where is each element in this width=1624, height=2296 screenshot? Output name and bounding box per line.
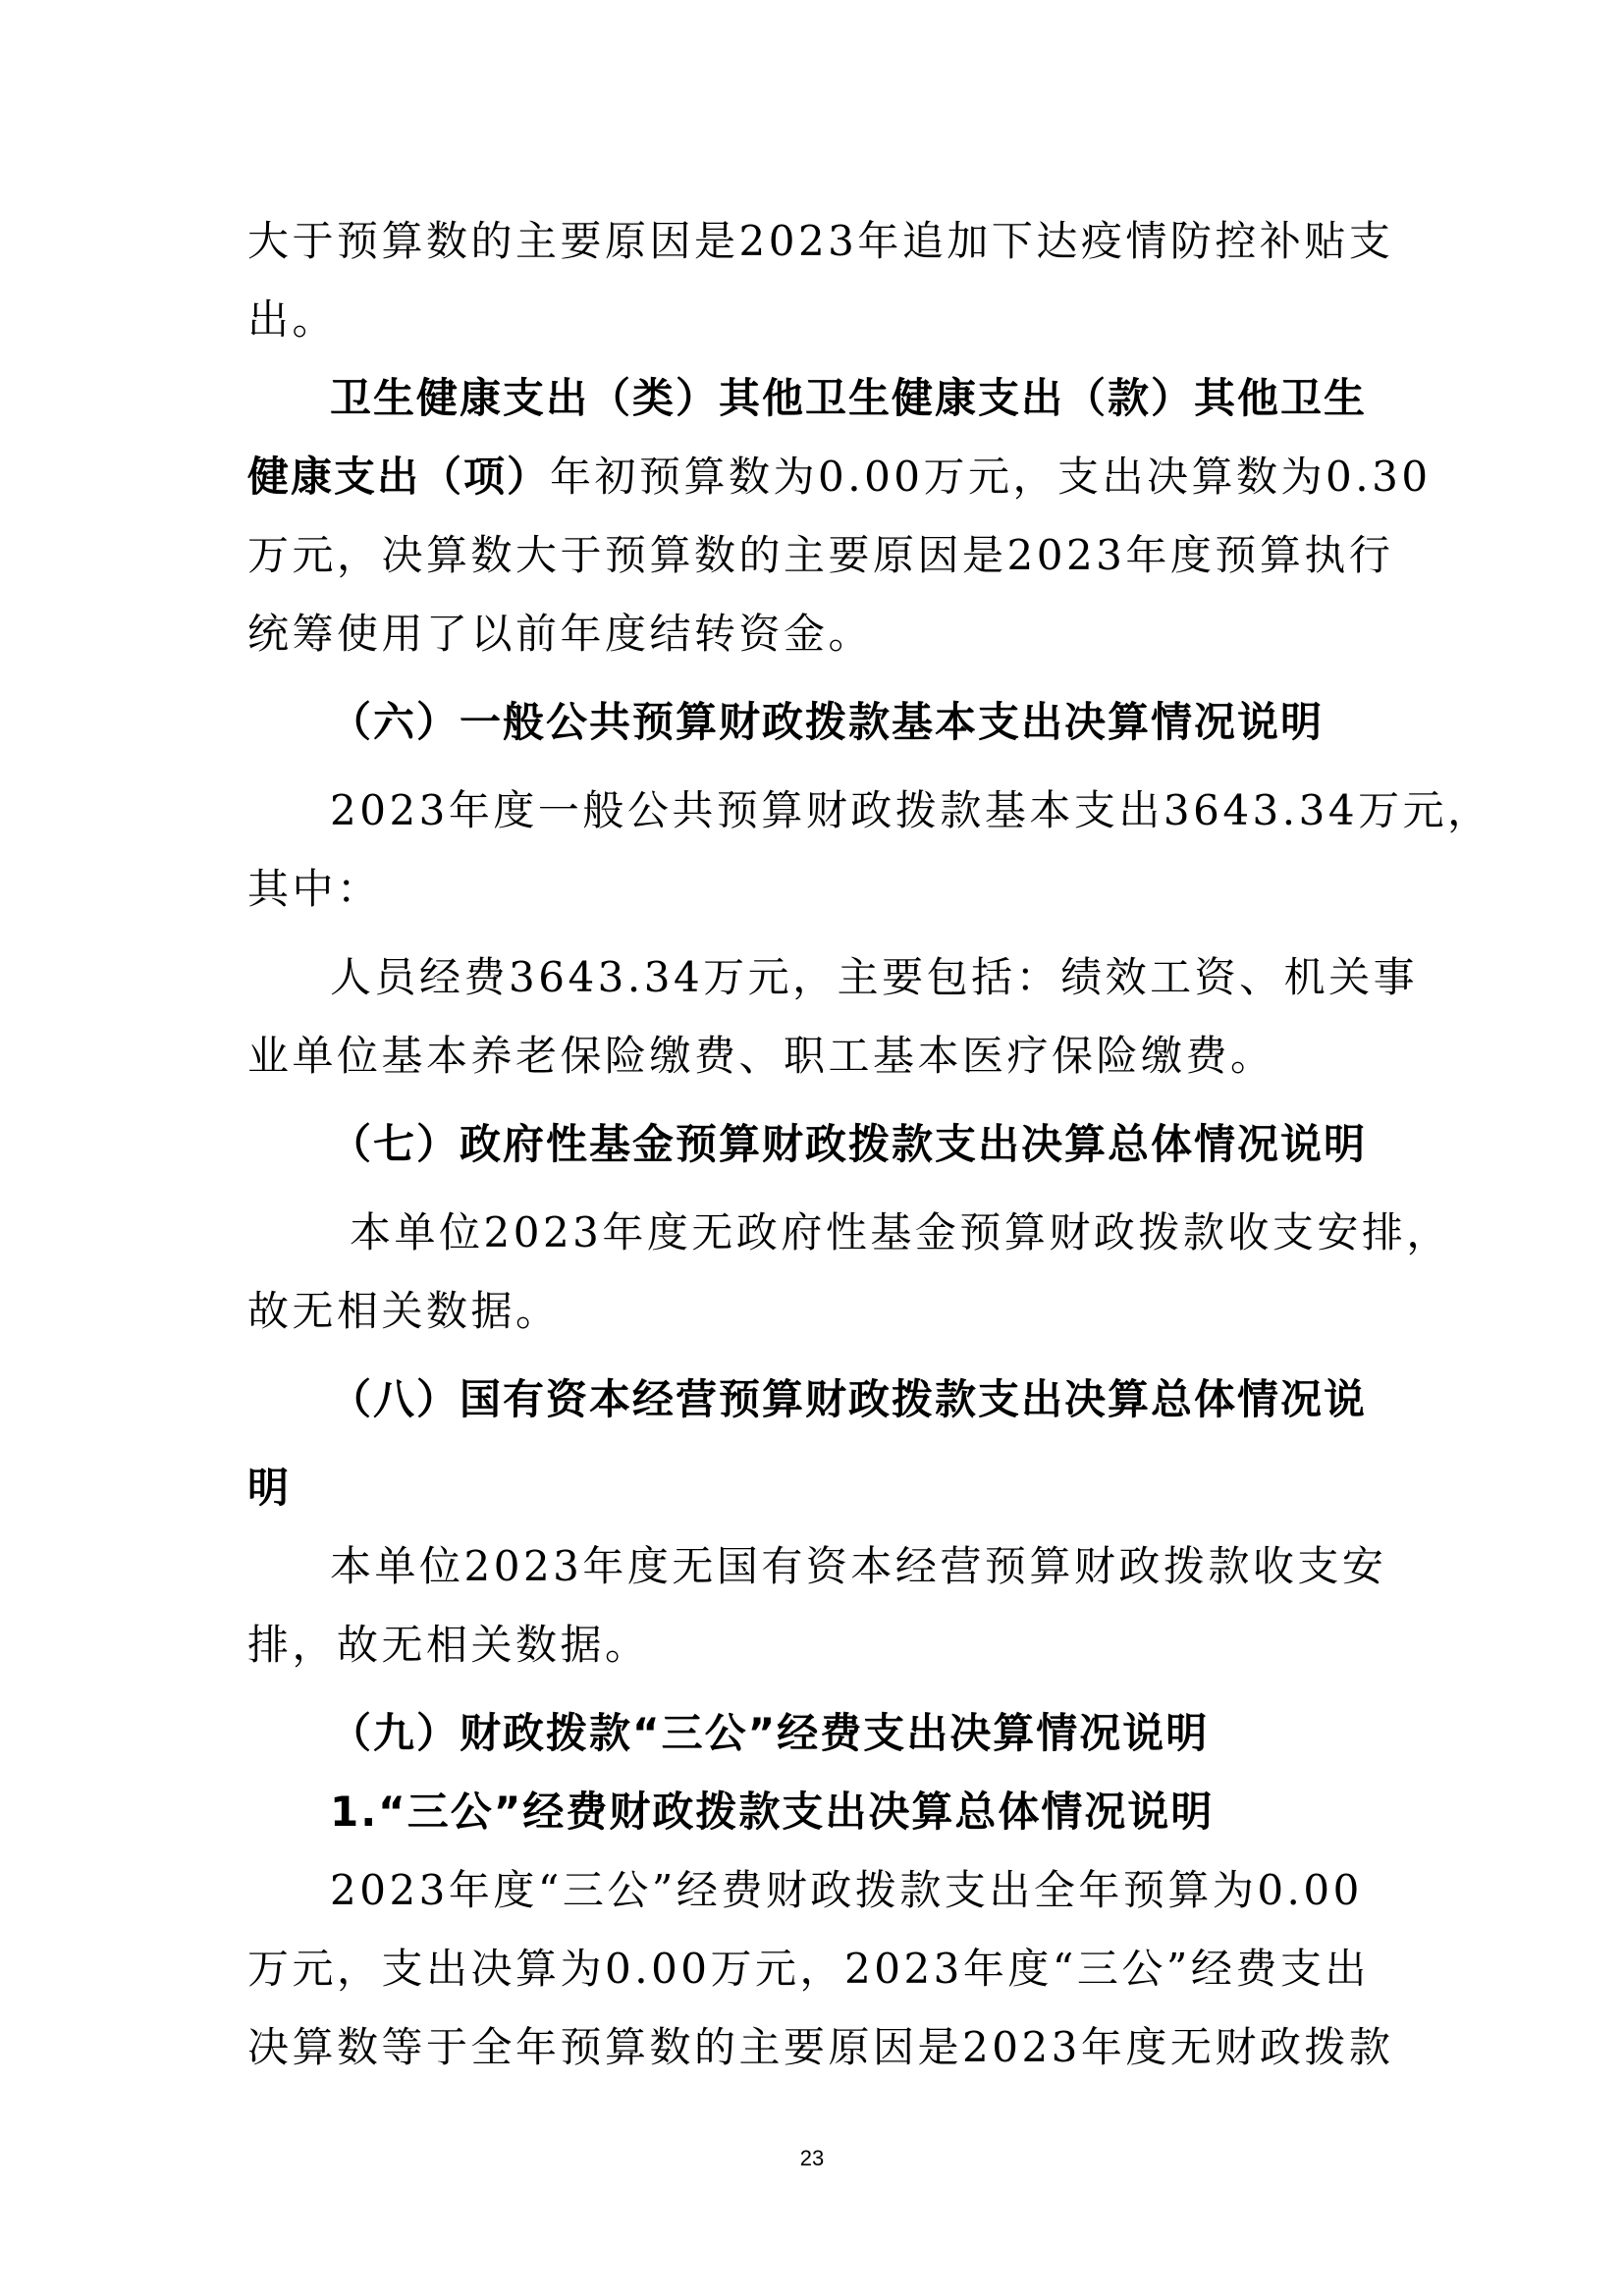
paragraph-line: 出。 [247,293,337,347]
paragraph-line: 健康支出（项）年初预算数为0.00万元，支出决算数为0.30 [247,450,1432,505]
paragraph-line: 本单位2023年度无国有资本经营预算财政拨款收支安 [330,1539,1386,1594]
item-text: 年初预算数为0.00万元，支出决算数为0.30 [550,453,1432,501]
paragraph-line: 统筹使用了以前年度结转资金。 [247,607,873,662]
paragraph-line: 故无相关数据。 [247,1284,561,1339]
section-heading-8: （八）国有资本经营预算财政拨款支出决算总体情况说 [330,1372,1367,1427]
section-heading-6: （六）一般公共预算财政拨款基本支出决算情况说明 [330,695,1324,750]
section-heading-7: （七）政府性基金预算财政拨款支出决算总体情况说明 [330,1117,1367,1172]
item-title-tail: 健康支出（项） [247,453,550,501]
paragraph-line: 业单位基本养老保险缴费、职工基本医疗保险缴费。 [247,1029,1275,1084]
paragraph-line: 本单位2023年度无政府性基金预算财政拨款收支安排， [350,1205,1451,1260]
paragraph-line: 其中： [247,862,382,917]
section-heading-8-tail: 明 [247,1461,291,1516]
item-title-line: 卫生健康支出（类）其他卫生健康支出（款）其他卫生 [330,371,1367,426]
paragraph-line: 排，故无相关数据。 [247,1618,650,1673]
paragraph-line: 2023年度一般公共预算财政拨款基本支出3643.34万元， [330,783,1492,838]
section-heading-9: （九）财政拨款“三公”经费支出决算情况说明 [330,1706,1209,1761]
paragraph-line: 2023年度“三公”经费财政拨款支出全年预算为0.00 [330,1863,1363,1918]
paragraph-line: 人员经费3643.34万元，主要包括：绩效工资、机关事 [330,950,1418,1005]
paragraph-line: 万元，支出决算为0.00万元，2023年度“三公”经费支出 [247,1942,1370,1997]
paragraph-line: 万元，决算数大于预算数的主要原因是2023年度预算执行 [247,528,1393,583]
paragraph-line: 决算数等于全年预算数的主要原因是2023年度无财政拨款 [247,2020,1393,2075]
page-number: 23 [0,2146,1624,2171]
subsection-heading-1: 1.“三公”经费财政拨款支出决算总体情况说明 [330,1785,1214,1840]
paragraph-line: 大于预算数的主要原因是2023年追加下达疫情防控补贴支 [247,214,1393,269]
document-page: 大于预算数的主要原因是2023年追加下达疫情防控补贴支 出。 卫生健康支出（类）… [0,0,1624,2296]
